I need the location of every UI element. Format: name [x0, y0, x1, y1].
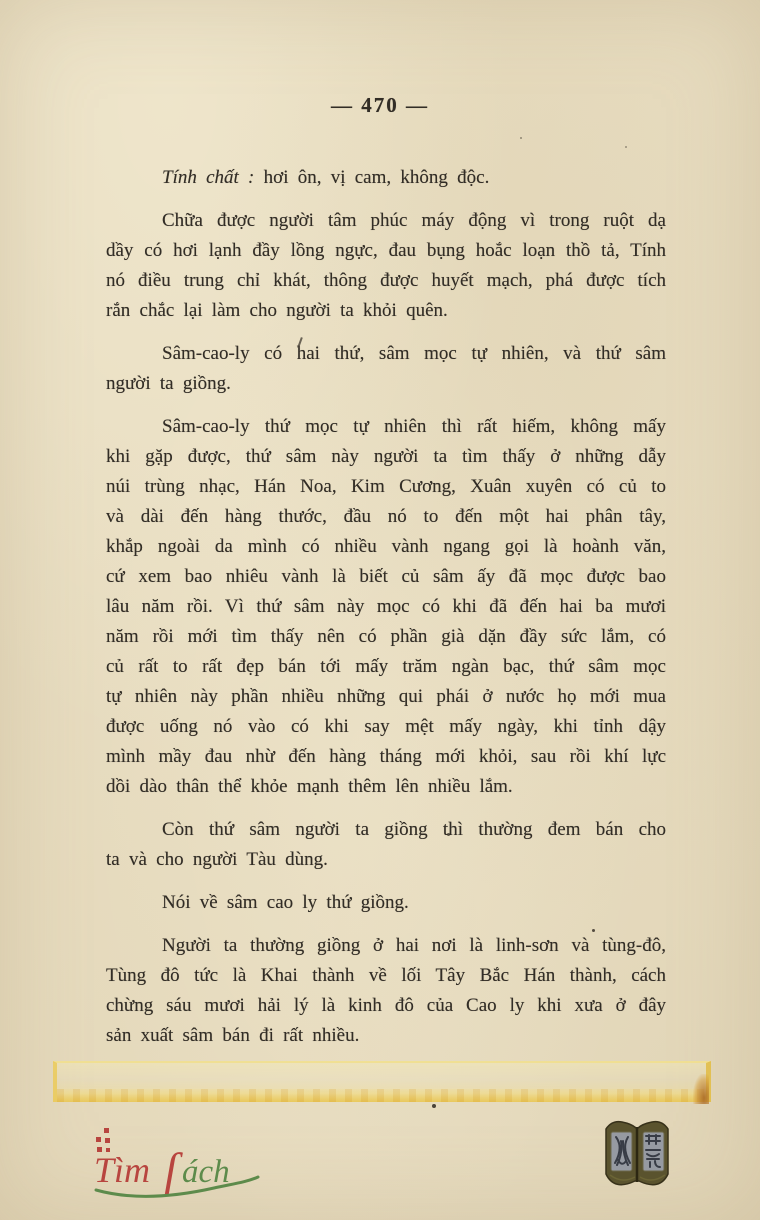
paragraph: Nói về sâm cao ly thứ giồng.: [106, 888, 666, 918]
yellow-stain-band: [53, 1061, 711, 1102]
paragraph: Người ta thường giồng ở hai nơi là linh-…: [106, 931, 666, 1051]
ink-speck: [432, 1104, 436, 1108]
logo-long-s: ſ: [164, 1144, 183, 1197]
text-line: và dài đến hàng thước, đầu nó to đến một…: [106, 502, 666, 532]
text-line: Người ta thường giồng ở hai nơi là linh-…: [106, 931, 666, 961]
paragraph: Tính chất : hơi ôn, vị cam, không độc.: [106, 163, 666, 193]
paragraph: Còn thứ sâm người ta giồng thì thường đe…: [106, 815, 666, 875]
text-line: nó điều trung chỉ khát, thông được huyết…: [106, 266, 666, 296]
open-book-stamp-svg: [602, 1116, 674, 1196]
text-line: năm rồi mới tìm thấy nên có phần già dặn…: [106, 622, 666, 652]
paragraph: Sâm-cao-ly có hai thứ, sâm mọc tự nhiên,…: [106, 339, 666, 399]
text-line: Sâm-cao-ly thứ mọc tự nhiên thì rất hiếm…: [106, 412, 666, 442]
italic-lead: Tính chất :: [162, 167, 264, 188]
text-line: chừng sáu mươi hải lý là kinh đô của Cao…: [106, 991, 666, 1021]
text-line: dầy có hơi lạnh đầy lồng ngực, đau bụng …: [106, 236, 666, 266]
text-line: Tùng đô tức là Khai thành về lối Tây Bắc…: [106, 961, 666, 991]
ink-speck: [592, 929, 595, 932]
text-line: cứ xem bao nhiêu vành là biết củ sâm ấy …: [106, 562, 666, 592]
logo-word-tim: Tìm: [94, 1150, 150, 1190]
ink-speck: [625, 146, 627, 148]
text-line: ta và cho người Tàu dùng.: [106, 845, 666, 875]
text-line: được uống nó vào có khi say mệt mấy ngày…: [106, 712, 666, 742]
text-line: lâu năm rồi. Vì thứ sâm này mọc có khi đ…: [106, 592, 666, 622]
open-book-seal-icon: [602, 1116, 674, 1201]
text-line: tự nhiên này phần nhiều những qui phái ở…: [106, 682, 666, 712]
text-line: Nói về sâm cao ly thứ giồng.: [106, 888, 666, 918]
text-line: rắn chắc lại làm cho người ta khỏi quên.: [106, 296, 666, 326]
paragraph: Sâm-cao-ly thứ mọc tự nhiên thì rất hiếm…: [106, 412, 666, 802]
text-line: núi trùng nhạc, Hán Noa, Kim Cương, Xuân…: [106, 472, 666, 502]
paragraph: Chữa được người tâm phúc máy động vì tro…: [106, 206, 666, 326]
text-line: sản xuất sâm bán đi rất nhiều.: [106, 1021, 666, 1051]
text-line: Sâm-cao-ly có hai thứ, sâm mọc tự nhiên,…: [106, 339, 666, 369]
ink-speck: [447, 833, 450, 836]
scanned-book-page: — 470 — Tính chất : hơi ôn, vị cam, khôn…: [0, 0, 760, 1220]
text-line: khi gặp được, thứ sâm này người ta tìm t…: [106, 442, 666, 472]
text-line: Còn thứ sâm người ta giồng thì thường đe…: [106, 815, 666, 845]
text-line: mình mầy đau nhừ đến hàng tháng mới khỏi…: [106, 742, 666, 772]
ink-speck: [520, 137, 522, 139]
red-dots-icon: [96, 1128, 110, 1152]
right-page-panel: [643, 1132, 664, 1171]
text-line: Tính chất : hơi ôn, vị cam, không độc.: [106, 163, 666, 193]
logo-word-ach: ách: [182, 1154, 230, 1190]
tim-sach-logo: Tìm ſ ách: [92, 1128, 262, 1205]
tim-sach-logo-svg: Tìm ſ ách: [92, 1128, 262, 1200]
page-number: — 470 —: [0, 93, 760, 118]
text-line: dồi dào thân thể khỏe mạnh thêm lên nhiề…: [106, 772, 666, 802]
text-line: người ta giồng.: [106, 369, 666, 399]
text-line: Chữa được người tâm phúc máy động vì tro…: [106, 206, 666, 236]
text-line: củ rất to rất đẹp bán tới mấy trăm ngàn …: [106, 652, 666, 682]
text-line: khắp ngoài da mình có nhiều vành ngang g…: [106, 532, 666, 562]
text-block: Tính chất : hơi ôn, vị cam, không độc.Ch…: [106, 163, 666, 1064]
